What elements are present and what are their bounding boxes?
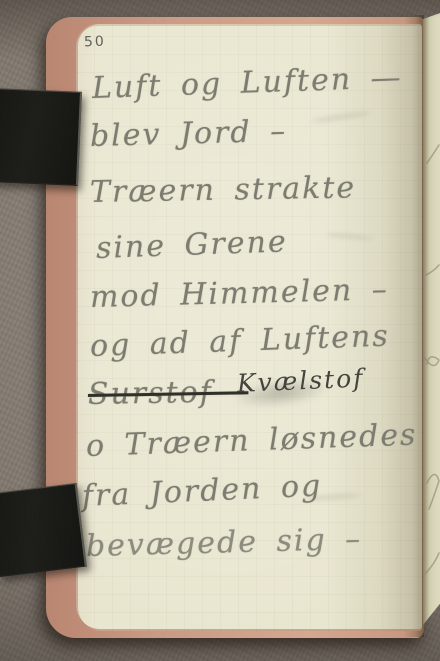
handwriting-inserted-word: Kvælstof: [236, 365, 364, 396]
photo-stage: 50 Luft og Luften — blev Jord – Træern s…: [0, 0, 440, 661]
page-holder-clip-bottom: [0, 483, 87, 577]
handwriting-line-9: fra Jorden og: [81, 472, 322, 512]
ink-bleed-through: [311, 110, 371, 124]
handwriting-line-6: og ad af Luftens: [89, 322, 390, 362]
handwriting-line-3: Træern strakte: [90, 173, 357, 208]
handwriting-line-10: bevægede sig –: [86, 525, 363, 562]
page-number: 50: [84, 35, 106, 50]
handwriting-struck-word: Surstof –: [88, 377, 249, 410]
notebook-page: 50 Luft og Luften — blev Jord – Træern s…: [76, 24, 422, 631]
ink-bleed-through: [326, 232, 374, 241]
page-holder-clip-top: [0, 88, 82, 186]
handwriting-line-2: blev Jord –: [90, 117, 288, 152]
handwriting-line-8: o Træern løsnedes: [85, 420, 417, 462]
facing-page-writing-fragments: [423, 13, 440, 625]
handwriting-line-4: sine Grene: [95, 227, 288, 264]
facing-page-sliver: [423, 13, 440, 625]
handwriting-line-5: mod Himmelen –: [90, 275, 390, 313]
handwriting-line-1: Luft og Luften —: [91, 63, 403, 104]
